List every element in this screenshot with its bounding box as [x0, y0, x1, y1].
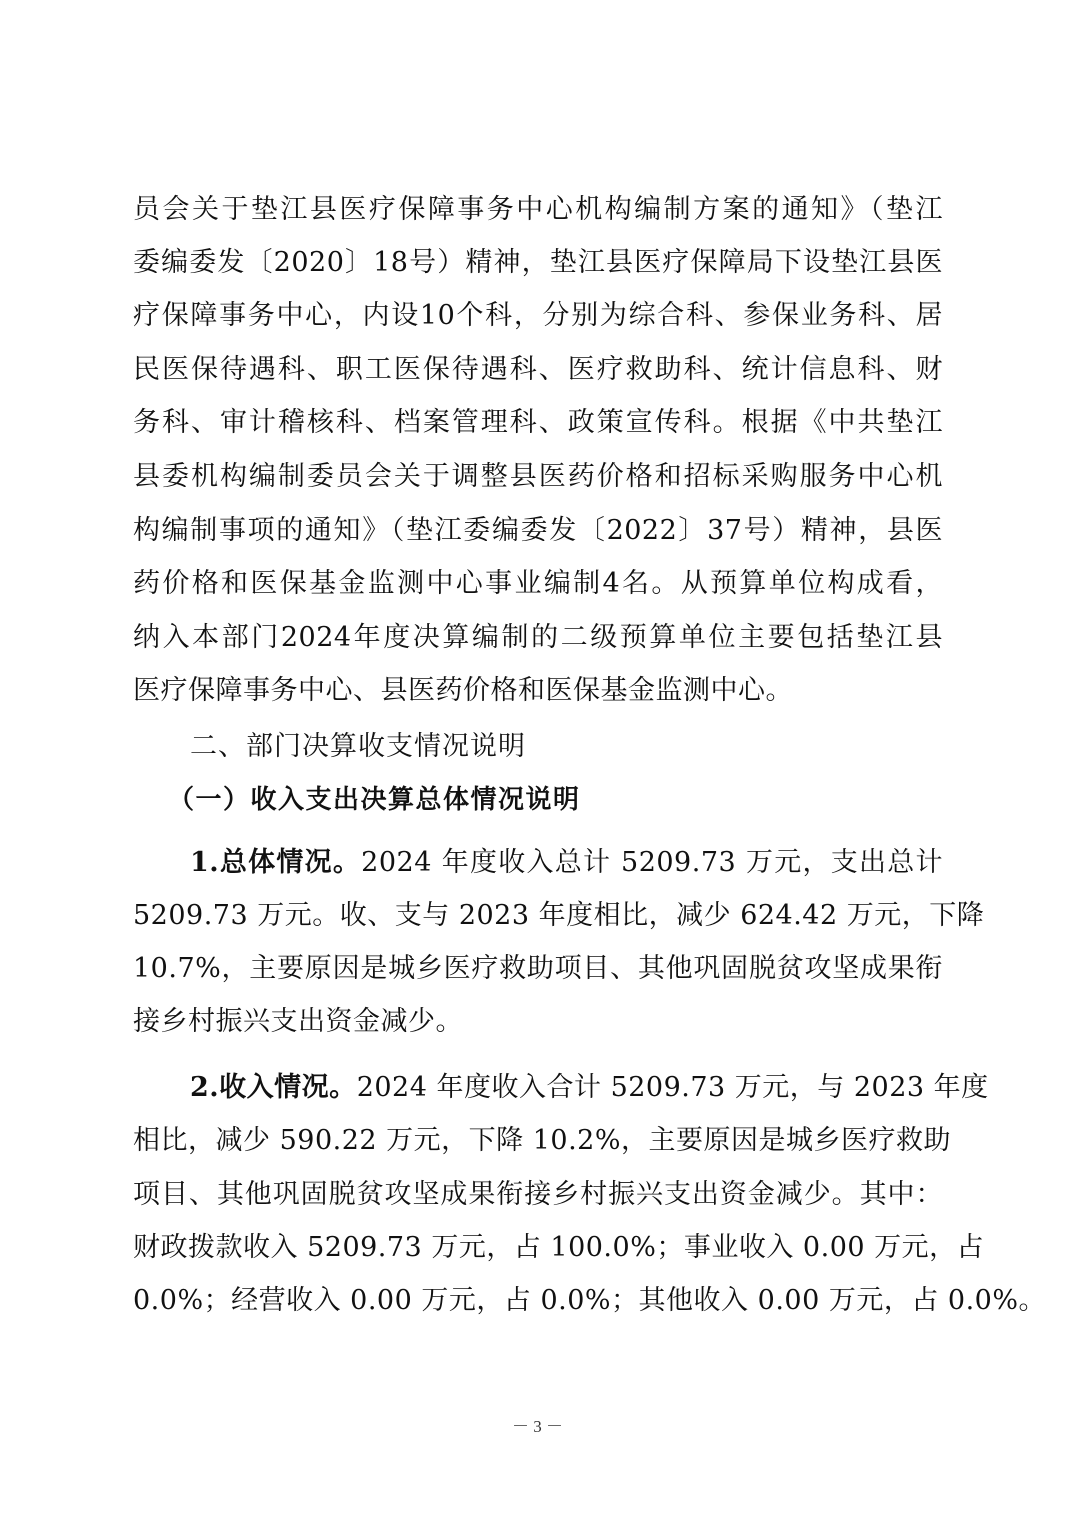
- text-span: 2024 年度收入合计 5209.73 万元，与 2023 年度: [357, 1072, 989, 1103]
- text-line: 医疗保障事务中心、县医药价格和医保基金监测中心。: [133, 673, 943, 713]
- text-line: 药价格和医保基金监测中心事业编制4名。从预算单位构成看，: [133, 566, 943, 606]
- text-line: 财政拨款收入 5209.73 万元，占 100.0%；事业收入 0.00 万元，…: [133, 1230, 943, 1270]
- text-line: 接乡村振兴支出资金减少。: [133, 1004, 943, 1044]
- text-span: 2024 年度收入总计 5209.73 万元，支出总计: [361, 847, 943, 878]
- text-line: 项目、其他巩固脱贫攻坚成果衔接乡村振兴支出资金减少。其中：: [133, 1177, 943, 1217]
- paragraph-lead: 2.收入情况。: [190, 1072, 357, 1103]
- text-line: 疗保障事务中心，内设10个科，分别为综合科、参保业务科、居: [133, 298, 943, 338]
- text-line: 务科、审计稽核科、档案管理科、政策宣传科。根据《中共垫江: [133, 405, 943, 445]
- text-line: 构编制事项的通知》（垫江委编委发〔2022〕37号）精神，县医: [133, 513, 943, 553]
- text-line: 1.总体情况。2024 年度收入总计 5209.73 万元，支出总计: [190, 845, 943, 885]
- text-line: 委编委发〔2020〕18号）精神，垫江县医疗保障局下设垫江县医: [133, 245, 943, 285]
- paragraph-lead: 1.总体情况。: [190, 847, 361, 878]
- page-number: － 3 －: [0, 1412, 1075, 1437]
- text-line: 10.7%，主要原因是城乡医疗救助项目、其他巩固脱贫攻坚成果衔: [133, 951, 943, 991]
- text-line: 民医保待遇科、职工医保待遇科、医疗救助科、统计信息科、财: [133, 352, 943, 392]
- text-line: 员会关于垫江县医疗保障事务中心机构编制方案的通知》（垫江: [133, 192, 943, 232]
- text-line: 县委机构编制委员会关于调整县医药价格和招标采购服务中心机: [133, 459, 943, 499]
- section-heading: 二、部门决算收支情况说明: [190, 729, 526, 765]
- text-line: 0.0%；经营收入 0.00 万元，占 0.0%；其他收入 0.00 万元，占 …: [133, 1283, 943, 1323]
- subsection-heading: （一）收入支出决算总体情况说明: [168, 782, 581, 818]
- text-line: 纳入本部门2024年度决算编制的二级预算单位主要包括垫江县: [133, 620, 943, 660]
- text-line: 相比，减少 590.22 万元，下降 10.2%，主要原因是城乡医疗救助: [133, 1123, 943, 1163]
- document-page: 员会关于垫江县医疗保障事务中心机构编制方案的通知》（垫江 委编委发〔2020〕1…: [0, 0, 1075, 1520]
- text-line: 5209.73 万元。收、支与 2023 年度相比，减少 624.42 万元，下…: [133, 898, 943, 938]
- text-line: 2.收入情况。2024 年度收入合计 5209.73 万元，与 2023 年度: [190, 1070, 943, 1110]
